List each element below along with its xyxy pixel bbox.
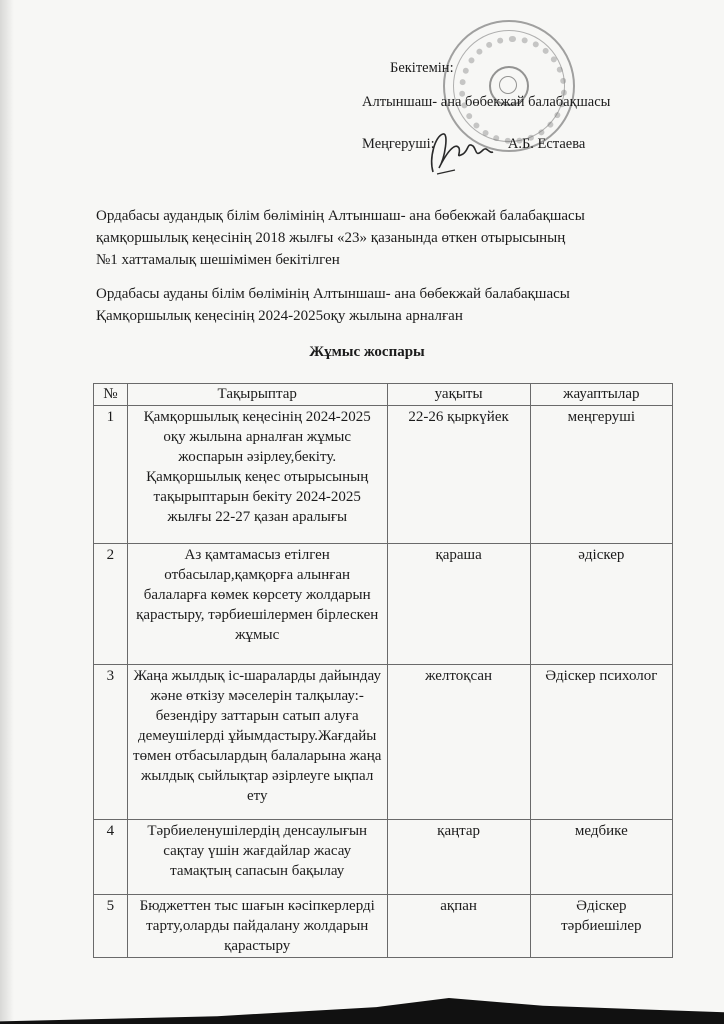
row-time: ақпан (387, 895, 530, 958)
scan-edge-shadow (0, 998, 724, 1024)
row-time: қараша (387, 544, 530, 665)
table-row: 3 Жаңа жылдық іс-шараларды дайындау және… (94, 665, 673, 820)
subject-line: Ордабасы ауданы білім бөлімінің Алтыншаш… (96, 283, 570, 305)
intro-line: Ордабасы аудандық білім бөлімінің Алтынш… (96, 205, 585, 227)
table-row: 2 Аз қамтамасыз етілген отбасылар,қамқор… (94, 544, 673, 665)
organization-name: Алтыншаш- ана бөбекжай балабақшасы (362, 94, 610, 111)
document-title: Жұмыс жоспары (0, 344, 724, 361)
subject-paragraph: Ордабасы ауданы білім бөлімінің Алтыншаш… (96, 283, 570, 327)
table-header-row: № Тақырыптар уақыты жауаптылар (94, 384, 673, 406)
table-row: 1 Қамқоршылық кеңесінің 2024-2025 оқу жы… (94, 406, 673, 544)
row-topic: Бюджеттен тыс шағын кәсіпкерлерді тарту,… (127, 895, 387, 958)
row-number: 2 (94, 544, 128, 665)
header-responsible: жауаптылар (530, 384, 672, 406)
row-responsible: меңгеруші (530, 406, 672, 544)
row-number: 1 (94, 406, 128, 544)
intro-paragraph: Ордабасы аудандық білім бөлімінің Алтынш… (96, 205, 585, 271)
header-number: № (94, 384, 128, 406)
approved-label: Бекітемін: (390, 60, 454, 77)
row-number: 5 (94, 895, 128, 958)
row-responsible: Әдіскер психолог (530, 665, 672, 820)
row-topic: Жаңа жылдық іс-шараларды дайындау және ө… (127, 665, 387, 820)
header-time: уақыты (387, 384, 530, 406)
intro-line: №1 хаттамалық шешімімен бекітілген (96, 249, 585, 271)
row-time: желтоқсан (387, 665, 530, 820)
subject-line: Қамқоршылық кеңесінің 2024-2025оқу жылын… (96, 305, 570, 327)
row-responsible: Әдіскер тәрбиешілер (530, 895, 672, 958)
row-time: қаңтар (387, 820, 530, 895)
row-topic: Қамқоршылық кеңесінің 2024-2025 оқу жылы… (127, 406, 387, 544)
row-topic: Аз қамтамасыз етілген отбасылар,қамқорға… (127, 544, 387, 665)
row-time: 22-26 қыркүйек (387, 406, 530, 544)
row-number: 4 (94, 820, 128, 895)
head-signature-line: Меңгеруші: А.Б. Естаева (362, 136, 585, 153)
table-row: 5 Бюджеттен тыс шағын кәсіпкерлерді тарт… (94, 895, 673, 958)
work-plan-table: № Тақырыптар уақыты жауаптылар 1 Қамқорш… (93, 383, 673, 958)
row-topic: Тәрбиеленушілердің денсаулығын сақтау үш… (127, 820, 387, 895)
head-name: А.Б. Естаева (508, 136, 585, 152)
intro-line: қамқоршылық кеңесінің 2018 жылғы «23» қа… (96, 227, 585, 249)
row-responsible: әдіскер (530, 544, 672, 665)
row-responsible: медбике (530, 820, 672, 895)
page-shadow (0, 0, 14, 1024)
head-label: Меңгеруші: (362, 136, 435, 152)
row-number: 3 (94, 665, 128, 820)
table-row: 4 Тәрбиеленушілердің денсаулығын сақтау … (94, 820, 673, 895)
header-topics: Тақырыптар (127, 384, 387, 406)
